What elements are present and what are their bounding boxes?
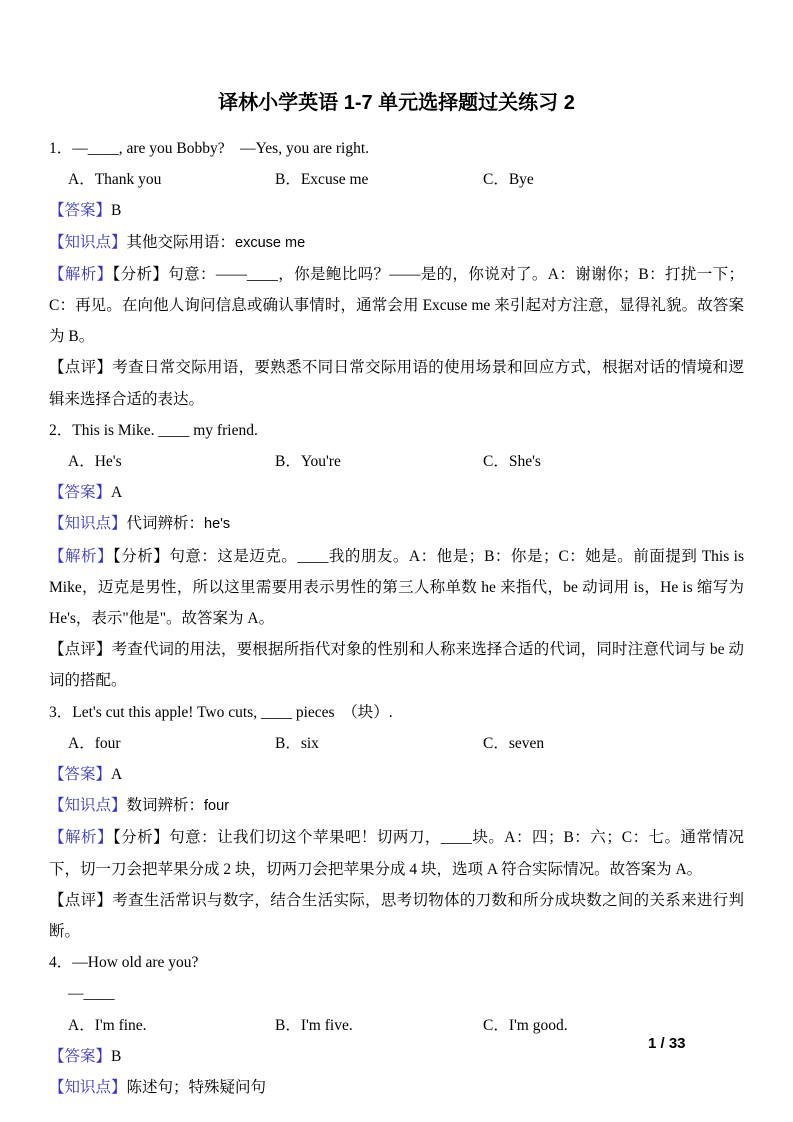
question-number: 2．	[49, 422, 72, 439]
analysis-label: 【解析】	[49, 548, 113, 565]
analysis-label: 【解析】	[49, 266, 113, 283]
option-a: A．four	[68, 728, 275, 759]
option-a-text: Thank you	[95, 171, 162, 188]
knowledge-label: 【知识点】	[49, 797, 127, 814]
answer-value: A	[111, 484, 122, 501]
analysis-sublabel: 【分析】	[113, 829, 169, 846]
option-a: A．I'm fine.	[68, 1010, 275, 1041]
question-stem: 3．Let's cut this apple! Two cuts, ____ p…	[49, 697, 744, 728]
option-b-label: B．	[275, 453, 301, 470]
question-4: 4．—How old are you? —____ A．I'm fine. B．…	[49, 947, 744, 1104]
options-row: A．He's B．You're C．She's	[49, 446, 744, 477]
knowledge-text-zh: 陈述句；特殊疑问句	[127, 1079, 267, 1096]
question-3: 3．Let's cut this apple! Two cuts, ____ p…	[49, 697, 744, 948]
answer-value: B	[111, 202, 121, 219]
answer-line: 【答案】A	[49, 759, 744, 790]
question-number: 4．	[49, 954, 72, 971]
option-c: C．Bye	[483, 164, 744, 195]
knowledge-text-zh: 其他交际用语：	[127, 234, 236, 251]
option-a-text: I'm fine.	[95, 1017, 147, 1034]
question-stem: 4．—How old are you?	[49, 947, 744, 978]
question-stem-line2: —____	[49, 978, 744, 1009]
option-b-text: You're	[301, 453, 341, 470]
knowledge-label: 【知识点】	[49, 234, 127, 251]
question-stem-text: —____, are you Bobby? —Yes, you are righ…	[72, 140, 369, 157]
answer-label: 【答案】	[49, 766, 111, 783]
option-c: C．seven	[483, 728, 744, 759]
knowledge-label: 【知识点】	[49, 515, 127, 532]
analysis-sublabel: 【分析】	[113, 548, 169, 565]
analysis-sublabel: 【分析】	[113, 266, 169, 283]
option-b: B．six	[275, 728, 483, 759]
question-stem-text: —How old are you?	[72, 954, 198, 971]
knowledge-label: 【知识点】	[49, 1079, 127, 1096]
question-stem-text: Let's cut this apple! Two cuts, ____ pie…	[72, 704, 392, 721]
document-page: 译林小学英语 1-7 单元选择题过关练习 2 1．—____, are you …	[0, 0, 793, 1122]
option-c-label: C．	[483, 453, 509, 470]
analysis-label: 【解析】	[49, 829, 113, 846]
option-c-label: C．	[483, 735, 509, 752]
option-c: C．She's	[483, 446, 744, 477]
option-a-label: A．	[68, 453, 95, 470]
doc-title: 译林小学英语 1-7 单元选择题过关练习 2	[49, 91, 744, 115]
analysis-para: 【解析】【分析】句意：让我们切这个苹果吧！切两刀，____块。A：四；B：六；C…	[49, 822, 744, 884]
option-c-text: seven	[509, 735, 544, 752]
knowledge-text-zh: 代词辨析：	[127, 515, 205, 532]
knowledge-line: 【知识点】陈述句；特殊疑问句	[49, 1072, 744, 1104]
answer-label: 【答案】	[49, 484, 111, 501]
option-a-label: A．	[68, 1017, 95, 1034]
answer-value: B	[111, 1048, 121, 1065]
answer-line: 【答案】A	[49, 477, 744, 508]
option-b: B．Excuse me	[275, 164, 483, 195]
answer-label: 【答案】	[49, 1048, 111, 1065]
option-c-text: I'm good.	[509, 1017, 568, 1034]
option-b: B．You're	[275, 446, 483, 477]
comment-para: 【点评】考查日常交际用语，要熟悉不同日常交际用语的使用场景和回应方式，根据对话的…	[49, 352, 744, 414]
question-number: 3．	[49, 704, 72, 721]
option-c-text: She's	[509, 453, 541, 470]
answer-line: 【答案】B	[49, 195, 744, 226]
comment-text: 考查代词的用法，要根据所指代对象的性别和人称来选择合适的代词，同时注意代词与 b…	[49, 641, 744, 689]
option-a-text: He's	[95, 453, 122, 470]
comment-para: 【点评】考查代词的用法，要根据所指代对象的性别和人称来选择合适的代词，同时注意代…	[49, 634, 744, 696]
option-b-text: Excuse me	[301, 171, 369, 188]
option-a-text: four	[95, 735, 121, 752]
option-b-label: B．	[275, 735, 301, 752]
options-row: A．I'm fine. B．I'm five. C．I'm good.	[49, 1010, 744, 1041]
question-stem-text: This is Mike. ____ my friend.	[72, 422, 258, 439]
comment-para: 【点评】考查生活常识与数字，结合生活实际，思考切物体的刀数和所分成块数之间的关系…	[49, 885, 744, 947]
option-c: C．I'm good.	[483, 1010, 744, 1041]
question-stem: 2．This is Mike. ____ my friend.	[49, 415, 744, 446]
option-b-text: six	[301, 735, 319, 752]
option-b: B．I'm five.	[275, 1010, 483, 1041]
options-row: A．Thank you B．Excuse me C．Bye	[49, 164, 744, 195]
question-number: 1．	[49, 140, 72, 157]
option-a: A．Thank you	[68, 164, 275, 195]
question-2: 2．This is Mike. ____ my friend. A．He's B…	[49, 415, 744, 697]
knowledge-text-en: he's	[204, 516, 230, 532]
option-c-label: C．	[483, 171, 509, 188]
option-a: A．He's	[68, 446, 275, 477]
question-1: 1．—____, are you Bobby? —Yes, you are ri…	[49, 133, 744, 415]
option-b-text: I'm five.	[301, 1017, 353, 1034]
answer-value: A	[111, 766, 122, 783]
comment-label: 【点评】	[49, 359, 112, 376]
option-c-label: C．	[483, 1017, 509, 1034]
answer-label: 【答案】	[49, 202, 111, 219]
comment-text: 考查日常交际用语，要熟悉不同日常交际用语的使用场景和回应方式，根据对话的情境和逻…	[49, 359, 744, 407]
knowledge-text-zh: 数词辨析：	[127, 797, 205, 814]
option-b-label: B．	[275, 1017, 301, 1034]
question-stem: 1．—____, are you Bobby? —Yes, you are ri…	[49, 133, 744, 164]
comment-label: 【点评】	[49, 892, 112, 909]
options-row: A．four B．six C．seven	[49, 728, 744, 759]
knowledge-text-en: excuse me	[235, 235, 305, 251]
analysis-para: 【解析】【分析】句意：这是迈克。____我的朋友。A：他是；B：你是；C：她是。…	[49, 541, 744, 635]
analysis-para: 【解析】【分析】句意：——____，你是鲍比吗？——是的，你说对了。A：谢谢你；…	[49, 259, 744, 353]
option-a-label: A．	[68, 171, 95, 188]
option-a-label: A．	[68, 735, 95, 752]
knowledge-line: 【知识点】代词辨析：he's	[49, 508, 744, 540]
comment-text: 考查生活常识与数字，结合生活实际，思考切物体的刀数和所分成块数之间的关系来进行判…	[49, 892, 744, 940]
answer-line: 【答案】B	[49, 1041, 744, 1072]
page-number: 1 / 33	[648, 1036, 686, 1052]
knowledge-line: 【知识点】数词辨析：four	[49, 790, 744, 822]
option-c-text: Bye	[509, 171, 534, 188]
option-b-label: B．	[275, 171, 301, 188]
comment-label: 【点评】	[49, 641, 112, 658]
knowledge-line: 【知识点】其他交际用语：excuse me	[49, 227, 744, 259]
knowledge-text-en: four	[204, 798, 229, 814]
